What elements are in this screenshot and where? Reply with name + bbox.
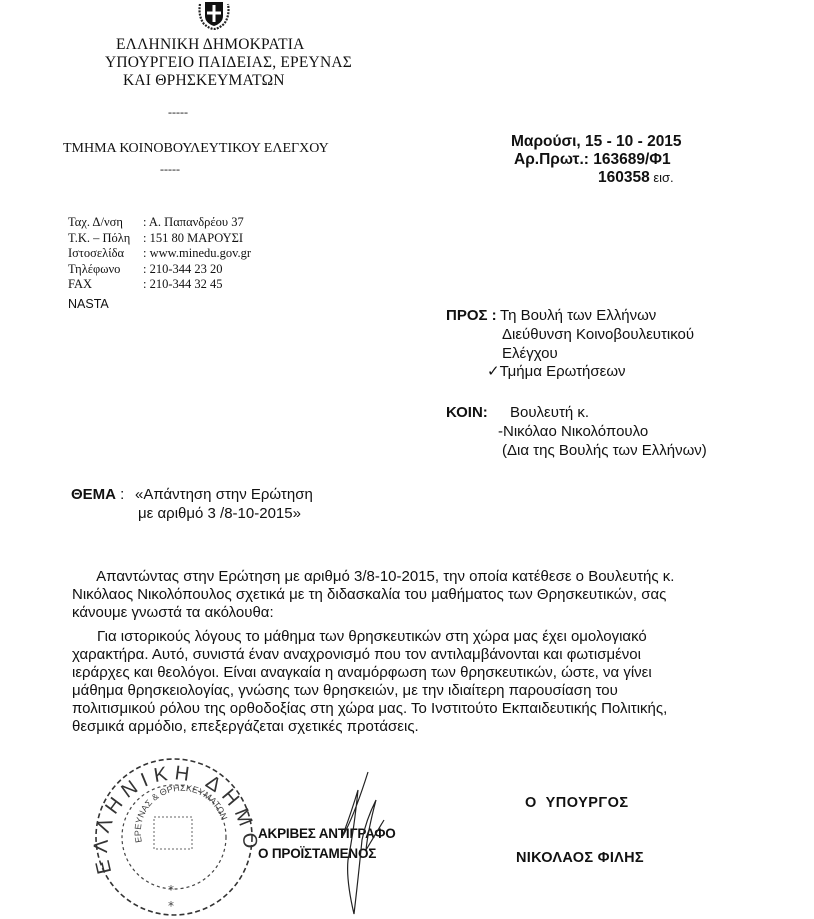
department-separator: ----- bbox=[160, 162, 180, 177]
contact-value: : 151 80 ΜΑΡΟΥΣΙ bbox=[143, 231, 243, 247]
website-link[interactable]: : www.minedu.gov.gr bbox=[143, 246, 251, 262]
body-line: χαρακτήρα. Αυτό, συνιστά έναν αναχρονισμ… bbox=[72, 646, 748, 664]
to-line: Ελέγχου bbox=[502, 344, 558, 364]
contact-value: : 210-344 23 20 bbox=[143, 262, 223, 278]
body-paragraph-2: Για ιστορικούς λόγους το μάθημα των θρησ… bbox=[72, 628, 748, 736]
cc-line: -Νικόλαο Νικολόπουλο bbox=[498, 422, 648, 442]
contact-row-phone: Τηλέφωνο: 210-344 23 20 bbox=[68, 262, 251, 278]
body-line: Νικόλαος Νικολόπουλος σχετικά με τη διδα… bbox=[72, 586, 748, 604]
contact-label: FAX bbox=[68, 277, 143, 293]
body-paragraph-1: Απαντώντας στην Ερώτηση με αριθμό 3/8-10… bbox=[72, 568, 748, 622]
contact-row-fax: FAX: 210-344 32 45 bbox=[68, 277, 251, 293]
subject-separator: : bbox=[116, 486, 124, 503]
to-line: Τη Βουλή των Ελλήνων bbox=[500, 306, 656, 326]
contact-label: Ταχ. Δ/νση bbox=[68, 215, 143, 231]
body-line: Για ιστορικούς λόγους το μάθημα των θρησ… bbox=[72, 628, 748, 646]
stamp-outer-text: ΕΛΛΗΝΙΚΗ ΔΗΜΟΚΡΑΤΙΑ bbox=[82, 752, 261, 876]
to-line-checked: ✓Τμήμα Ερωτήσεων bbox=[487, 362, 626, 382]
handwritten-signature-icon bbox=[318, 770, 388, 915]
to-label: ΠΡΟΣ : bbox=[446, 306, 497, 326]
cc-label: ΚΟΙΝ: bbox=[446, 403, 488, 423]
contact-row-postcode: Τ.Κ. – Πόλη: 151 80 ΜΑΡΟΥΣΙ bbox=[68, 231, 251, 247]
author-code: NASTA bbox=[68, 297, 109, 311]
body-line: μάθημα θρησκειολογίας, γνώσης των θρησκε… bbox=[72, 682, 748, 700]
cc-line: Βουλευτή κ. bbox=[510, 403, 589, 423]
svg-text:*: * bbox=[168, 883, 174, 897]
country-name: ΕΛΛΗΝΙΚΗ ΔΗΜΟΚΡΑΤΙΑ bbox=[116, 36, 305, 54]
to-line: Διεύθυνση Κοινοβουλευτικού bbox=[502, 325, 694, 345]
contact-label: Τηλέφωνο bbox=[68, 262, 143, 278]
contact-row-address: Ταχ. Δ/νση: Α. Παπανδρέου 37 bbox=[68, 215, 251, 231]
body-line: κάνουμε γνωστά τα ακόλουθα: bbox=[72, 604, 748, 622]
protocol-number: Αρ.Πρωτ.: 163689/Φ1 bbox=[514, 151, 671, 169]
subject-label: ΘΕΜΑ : bbox=[71, 486, 124, 503]
minister-title: Ο ΥΠΟΥΡΓΟΣ bbox=[525, 795, 629, 811]
contact-label: Ιστοσελίδα bbox=[68, 246, 143, 262]
department-name: ΤΜΗΜΑ ΚΟΙΝΟΒΟΥΛΕΥΤΙΚΟΥ ΕΛΕΓΧΟΥ bbox=[63, 141, 329, 157]
contact-value: : 210-344 32 45 bbox=[143, 277, 223, 293]
contact-value: : Α. Παπανδρέου 37 bbox=[143, 215, 244, 231]
contact-block: Ταχ. Δ/νση: Α. Παπανδρέου 37 Τ.Κ. – Πόλη… bbox=[68, 215, 251, 293]
body-line: πολιτισμικού ρόλου της ορθοδοξίας στη χώ… bbox=[72, 700, 748, 718]
contact-row-website: Ιστοσελίδα: www.minedu.gov.gr bbox=[68, 246, 251, 262]
subject-line2: με αριθμό 3 /8-10-2015» bbox=[138, 505, 301, 522]
ministry-name-line1: ΥΠΟΥΡΓΕΙΟ ΠΑΙΔΕΙΑΣ, ΕΡΕΥΝΑΣ bbox=[105, 54, 352, 72]
incoming-number: 160358 εισ. bbox=[598, 169, 674, 187]
header-separator: ----- bbox=[168, 105, 188, 120]
document-date: Μαρούσι, 15 - 10 - 2015 bbox=[511, 133, 682, 151]
official-seal-stamp-icon: ΕΛΛΗΝΙΚΗ ΔΗΜΟΚΡΑΤΙΑ ΕΡΕΥΝΑΣ & ΘΡΗΣΚΕΥΜΑΤ… bbox=[82, 752, 267, 919]
body-line: ιεράρχες και θεολόγοι. Είναι αναγκαία η … bbox=[72, 664, 748, 682]
contact-label: Τ.Κ. – Πόλη bbox=[68, 231, 143, 247]
body-line: θεσμικά αρμόδιο, επεξεργάζεται σχετικές … bbox=[72, 718, 748, 736]
greek-coat-of-arms-icon bbox=[196, 0, 232, 30]
subject-line1: «Απάντηση στην Ερώτηση bbox=[135, 486, 313, 503]
cc-line: (Δια της Βουλής των Ελλήνων) bbox=[502, 441, 707, 461]
incoming-number-value: 160358 bbox=[598, 169, 650, 186]
svg-text:ΕΛΛΗΝΙΚΗ ΔΗΜΟΚΡΑΤΙΑ: ΕΛΛΗΝΙΚΗ ΔΗΜΟΚΡΑΤΙΑ bbox=[82, 752, 261, 876]
body-line: Απαντώντας στην Ερώτηση με αριθμό 3/8-10… bbox=[72, 568, 748, 586]
svg-text:*: * bbox=[168, 899, 174, 913]
minister-name: ΝΙΚΟΛΑΟΣ ΦΙΛΗΣ bbox=[516, 850, 644, 866]
ministry-name-line2: ΚΑΙ ΘΡΗΣΚΕΥΜΑΤΩΝ bbox=[123, 72, 285, 90]
incoming-suffix: εισ. bbox=[650, 170, 674, 185]
subject-label-text: ΘΕΜΑ bbox=[71, 486, 116, 503]
